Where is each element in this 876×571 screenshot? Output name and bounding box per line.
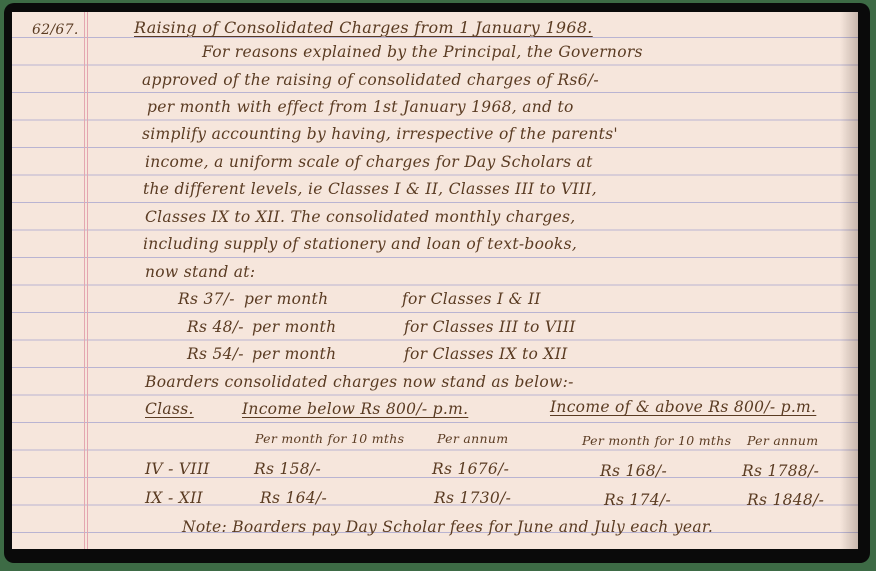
charge-amount: Rs 48/- <box>187 317 244 337</box>
charge-classes: for Classes III to VIII <box>404 317 576 337</box>
paragraph-line: the different levels, ie Classes I & II,… <box>143 179 597 199</box>
margin-line-inner <box>87 12 88 549</box>
group-header-above: Income of & above Rs 800/- p.m. <box>550 397 816 417</box>
charge-period: per month <box>252 317 336 337</box>
paragraph-line: simplify accounting by having, irrespect… <box>142 124 618 144</box>
row-value: Rs 1848/- <box>747 490 824 510</box>
paragraph-line: Classes IX to XII. The consolidated mont… <box>145 207 576 227</box>
paragraph-line: per month with effect from 1st January 1… <box>147 97 574 117</box>
minute-number: 62/67. <box>32 20 79 40</box>
charge-amount: Rs 54/- <box>187 344 244 364</box>
row-value: Rs 168/- <box>600 461 667 481</box>
charge-period: per month <box>252 344 336 364</box>
paragraph-line: income, a uniform scale of charges for D… <box>145 152 593 172</box>
row-value: Rs 1788/- <box>742 461 819 481</box>
row-value: Rs 164/- <box>260 488 327 508</box>
row-value: Rs 158/- <box>254 459 321 479</box>
margin-line <box>84 12 85 549</box>
row-value: Rs 1676/- <box>432 459 509 479</box>
sub-header: Per month for 10 mths <box>255 429 404 449</box>
paragraph-line: For reasons explained by the Principal, … <box>202 42 643 62</box>
minute-title: Raising of Consolidated Charges from 1 J… <box>134 18 593 38</box>
sub-header: Per annum <box>437 429 508 449</box>
charge-classes: for Classes IX to XII <box>404 344 568 364</box>
sub-header: Per month for 10 mths <box>582 431 731 451</box>
ledger-page: 62/67. Raising of Consolidated Charges f… <box>12 12 858 549</box>
note: Note: Boarders pay Day Scholar fees for … <box>182 517 713 537</box>
charge-period: per month <box>244 289 328 309</box>
row-value: Rs 174/- <box>604 490 671 510</box>
row-class: IV - VIII <box>145 459 210 479</box>
row-class: IX - XII <box>145 488 203 508</box>
paragraph-line: now stand at: <box>145 262 255 282</box>
group-header-below: Income below Rs 800/- p.m. <box>242 399 468 419</box>
row-value: Rs 1730/- <box>434 488 511 508</box>
paragraph-line: including supply of stationery and loan … <box>143 234 577 254</box>
class-header: Class. <box>145 399 194 419</box>
boarders-intro: Boarders consolidated charges now stand … <box>145 372 574 392</box>
paragraph-line: approved of the raising of consolidated … <box>142 70 599 90</box>
charge-amount: Rs 37/- <box>178 289 235 309</box>
charge-classes: for Classes I & II <box>402 289 541 309</box>
sub-header: Per annum <box>747 431 818 451</box>
